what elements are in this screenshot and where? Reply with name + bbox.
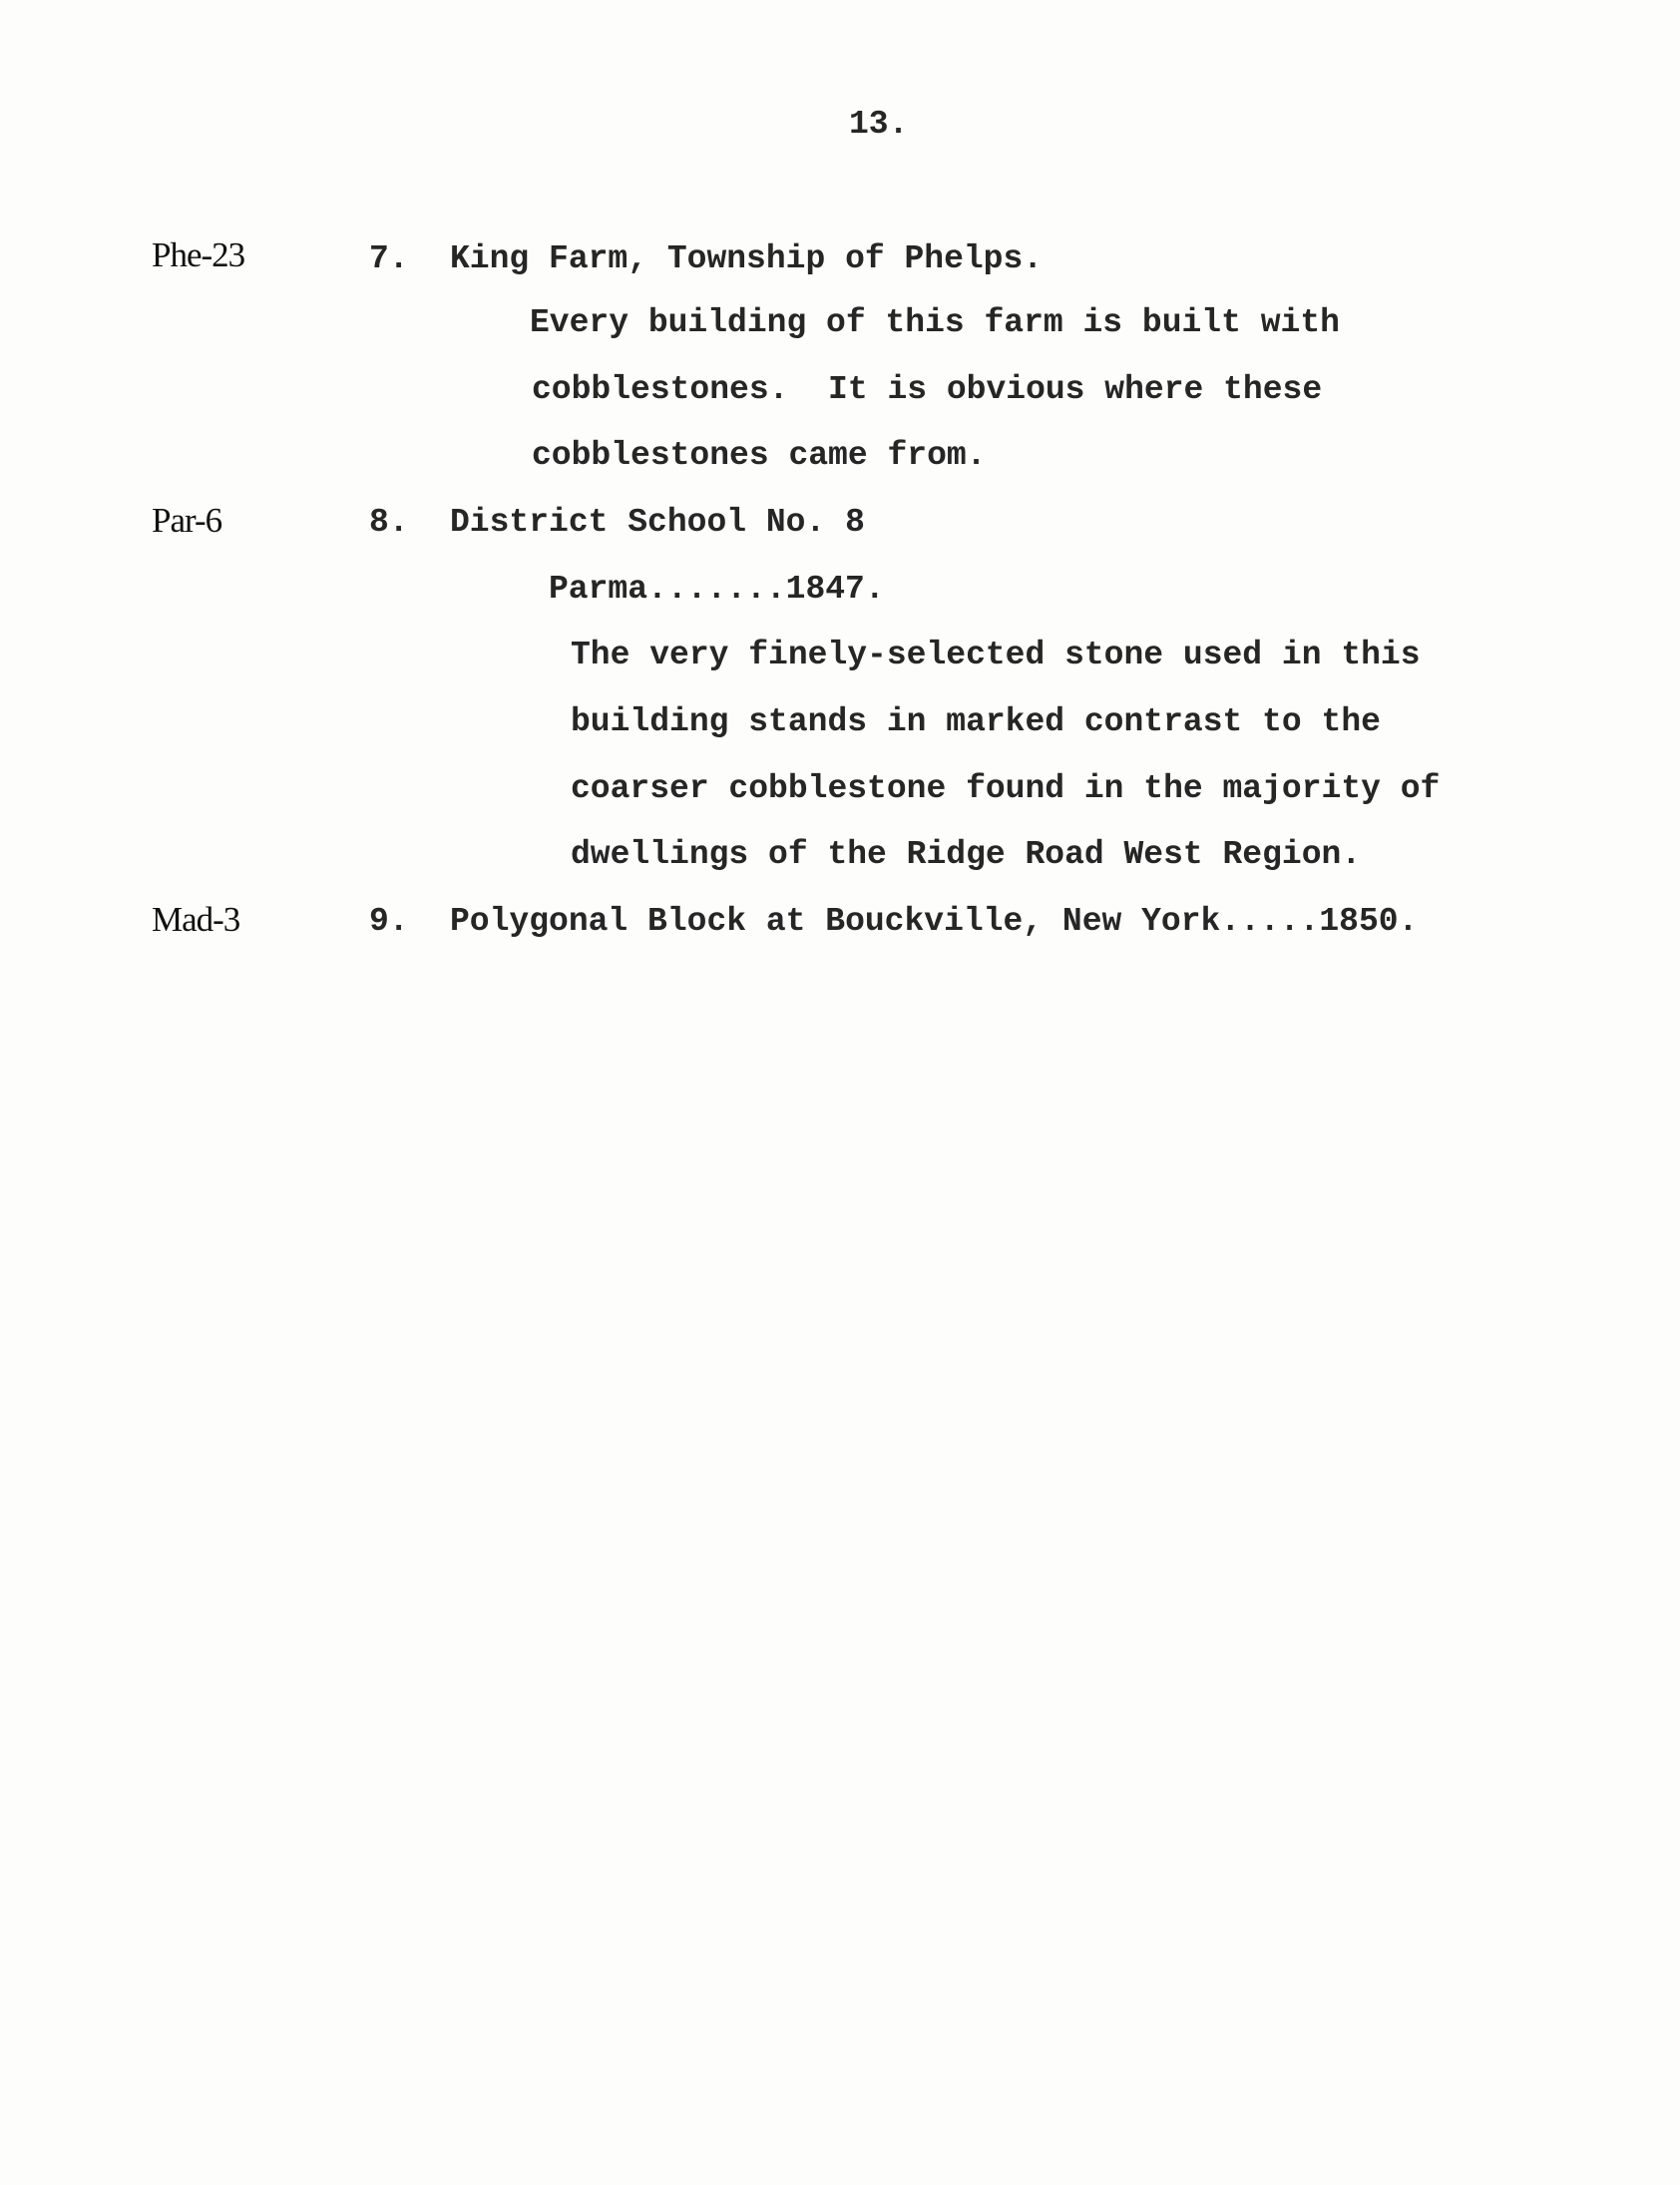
document-page: 13. Phe-23 7. King Farm, Township of Phe… xyxy=(0,0,1680,2185)
entry-body-line: cobblestones came from. xyxy=(532,439,986,472)
entry-title: Polygonal Block at Bouckville, New York.… xyxy=(450,905,1418,938)
entry-number: 9. xyxy=(369,905,409,938)
entry-number: 8. xyxy=(369,506,409,539)
margin-label-phe-23: Phe-23 xyxy=(152,237,244,272)
page-number: 13. xyxy=(849,108,908,141)
entry-body-line: The very finely-selected stone used in t… xyxy=(571,639,1421,671)
entry-body-line: coarser cobblestone found in the majorit… xyxy=(571,772,1440,805)
margin-label-mad-3: Mad-3 xyxy=(152,902,239,937)
margin-label-par-6: Par-6 xyxy=(152,503,221,538)
entry-title: King Farm, Township of Phelps. xyxy=(450,242,1043,275)
entry-body-line: Every building of this farm is built wit… xyxy=(530,306,1340,339)
entry-body-line: dwellings of the Ridge Road West Region. xyxy=(571,838,1361,871)
entry-subtitle: Parma.......1847. xyxy=(549,573,885,606)
entry-body-line: building stands in marked contrast to th… xyxy=(571,705,1381,738)
entry-body-line: cobblestones. It is obvious where these xyxy=(532,373,1322,406)
entry-number: 7. xyxy=(369,242,409,275)
entry-title: District School No. 8 xyxy=(450,506,865,539)
